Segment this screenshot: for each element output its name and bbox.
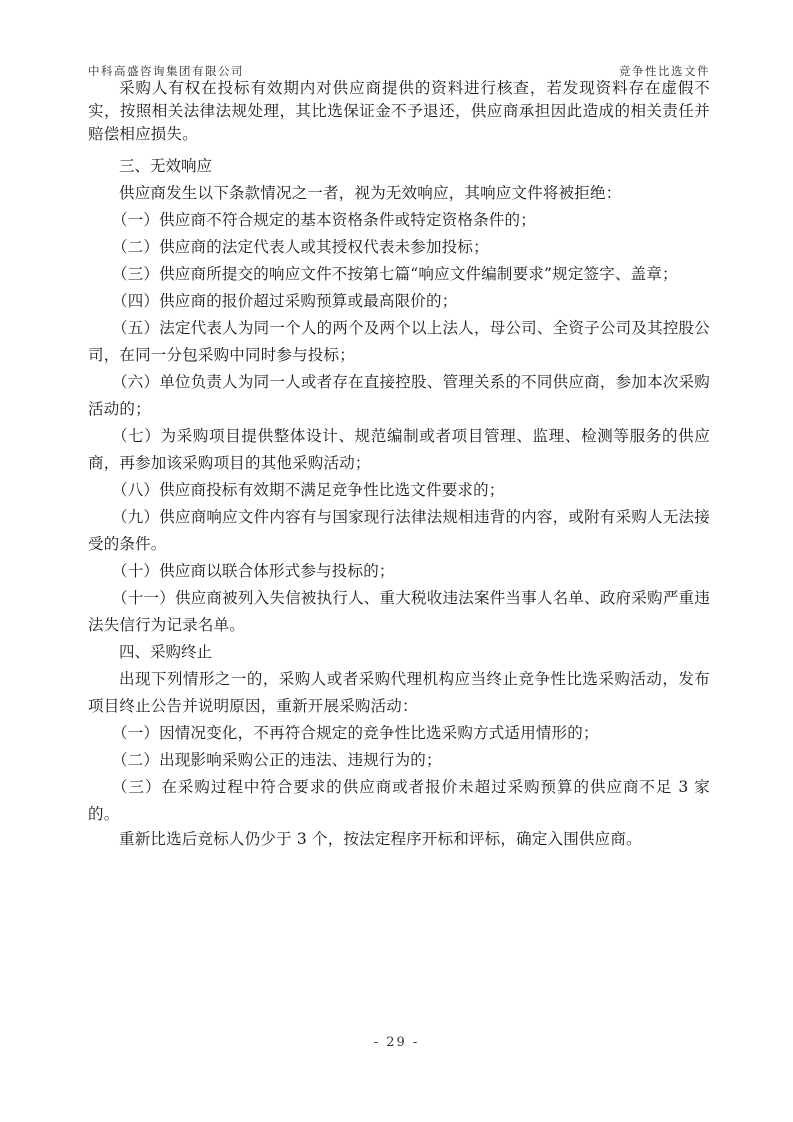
section-heading-invalid-response: 三、无效响应 — [88, 153, 710, 180]
list-item: （八）供应商投标有效期不满足竞争性比选文件要求的； — [88, 477, 710, 504]
list-item: （三）在采购过程中符合要求的供应商或者报价未超过采购预算的供应商不足 3 家的。 — [88, 774, 710, 828]
list-item: （六）单位负责人为同一人或者存在直接控股、管理关系的不同供应商，参加本次采购活动… — [88, 369, 710, 423]
section-heading-procurement-termination: 四、采购终止 — [88, 639, 710, 666]
list-item: （一）供应商不符合规定的基本资格条件或特定资格条件的； — [88, 207, 710, 234]
list-item: （四）供应商的报价超过采购预算或最高限价的； — [88, 288, 710, 315]
list-item: （二）供应商的法定代表人或其授权代表未参加投标； — [88, 234, 710, 261]
list-item: （十）供应商以联合体形式参与投标的； — [88, 558, 710, 585]
list-item: （二）出现影响采购公正的违法、违规行为的； — [88, 747, 710, 774]
list-item: （十一）供应商被列入失信被执行人、重大税收违法案件当事人名单、政府采购严重违法失… — [88, 585, 710, 639]
list-item: （一）因情况变化，不再符合规定的竞争性比选采购方式适用情形的； — [88, 720, 710, 747]
list-item: （五）法定代表人为同一个人的两个及两个以上法人，母公司、全资子公司及其控股公司，… — [88, 315, 710, 369]
section-lead-invalid-response: 供应商发生以下条款情况之一者，视为无效响应，其响应文件将被拒绝： — [88, 180, 710, 207]
list-item: （三）供应商所提交的响应文件不按第七篇“响应文件编制要求”规定签字、盖章； — [88, 261, 710, 288]
document-body: 采购人有权在投标有效期内对供应商提供的资料进行核查，若发现资料存在虚假不实，按照… — [88, 77, 710, 851]
list-item: （九）供应商响应文件内容有与国家现行法律法规相违背的内容，或附有采购人无法接受的… — [88, 504, 710, 558]
section-lead-procurement-termination: 出现下列情形之一的，采购人或者采购代理机构应当终止竞争性比选采购活动，发布项目终… — [88, 666, 710, 720]
closing-paragraph: 重新比选后竞标人仍少于 3 个，按法定程序开标和评标，确定入围供应商。 — [88, 828, 710, 851]
spacer — [88, 146, 710, 153]
intro-paragraph: 采购人有权在投标有效期内对供应商提供的资料进行核查，若发现资料存在虚假不实，按照… — [88, 77, 710, 146]
list-item: （七）为采购项目提供整体设计、规范编制或者项目管理、监理、检测等服务的供应商，再… — [88, 423, 710, 477]
page-number: - 29 - — [0, 1035, 793, 1050]
